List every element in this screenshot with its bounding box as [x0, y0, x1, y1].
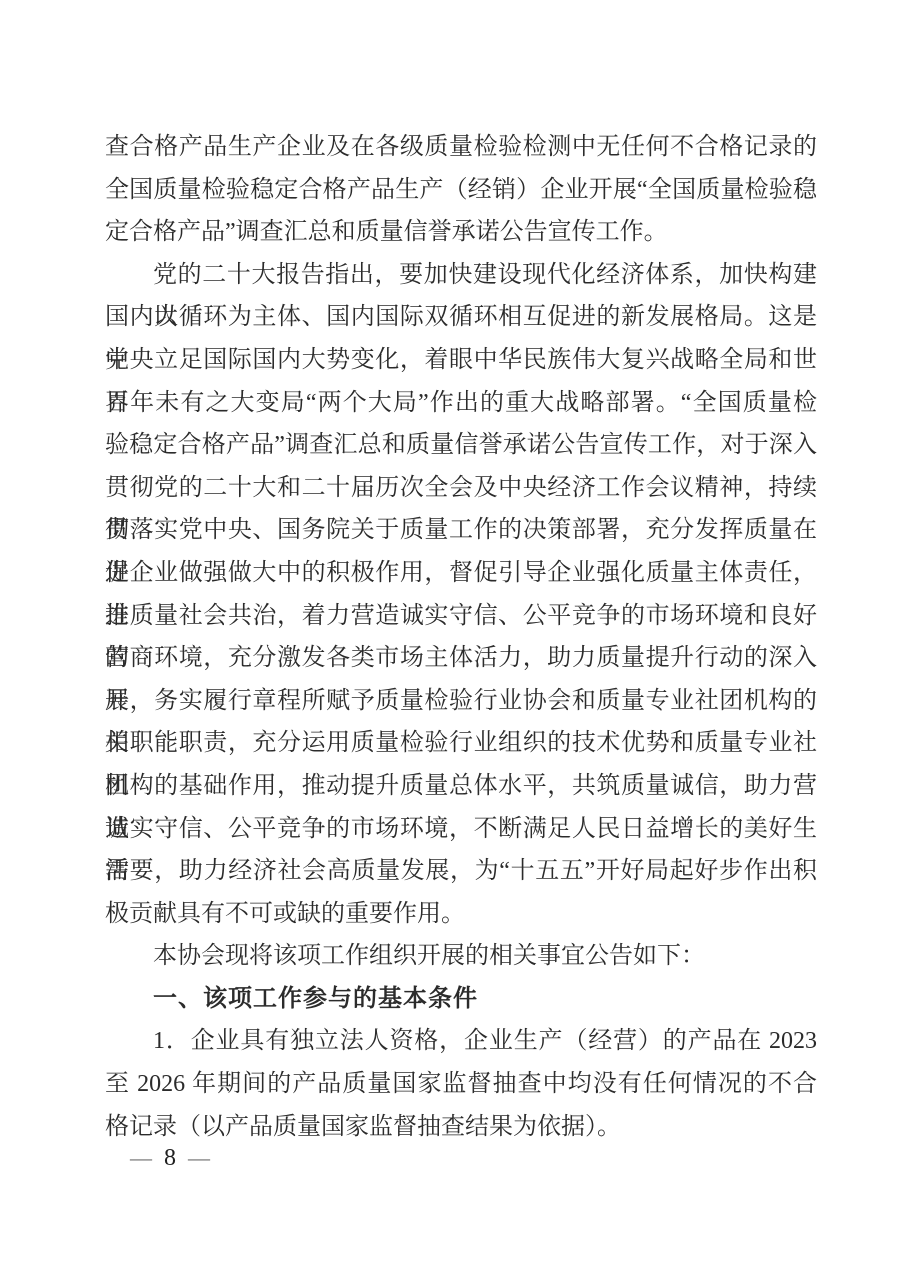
- text-line: 贯彻党的二十大和二十届历次全会及中央经济工作会议精神，持续贯: [105, 467, 817, 510]
- text-line: 验稳定合格产品”调查汇总和质量信誉承诺公告宣传工作，对于深入: [105, 424, 817, 467]
- page-number: —8—: [130, 1138, 210, 1178]
- text-line: 党的二十大报告指出，要加快建设现代化经济体系，加快构建以: [105, 254, 817, 297]
- text-line: 彻落实党中央、国务院关于质量工作的决策部署，充分发挥质量在促: [105, 509, 817, 552]
- document-body: 查合格产品生产企业及在各级质量检验检测中无任何不合格记录的全国质量检验稳定合格产…: [105, 126, 817, 1148]
- page-number-value: 8: [164, 1145, 176, 1171]
- text-line: 格记录（以产品质量国家监督抽查结果为依据）。: [105, 1106, 817, 1149]
- page-number-dash-right: —: [188, 1145, 210, 1170]
- text-line: 国内大循环为主体、国内国际双循环相互促进的新发展格局。这是党: [105, 296, 817, 339]
- text-line: 营商环境，充分激发各类市场主体活力，助力质量提升行动的深入开: [105, 637, 817, 680]
- text-line: 需要，助力经济社会高质量发展，为“十五五”开好局起好步作出积: [105, 850, 817, 893]
- text-line: 关职能职责，充分运用质量检验行业组织的技术优势和质量专业社团: [105, 722, 817, 765]
- text-line: 进企业做强做大中的积极作用，督促引导企业强化质量主体责任，推: [105, 552, 817, 595]
- text-line: 1．企业具有独立法人资格，企业生产（经营）的产品在 2023: [105, 1020, 817, 1063]
- text-line: 本协会现将该项工作组织开展的相关事宜公告如下：: [105, 935, 817, 978]
- document-page: 查合格产品生产企业及在各级质量检验检测中无任何不合格记录的全国质量检验稳定合格产…: [0, 0, 900, 1273]
- text-line: 中央立足国际国内大势变化，着眼中华民族伟大复兴战略全局和世界: [105, 339, 817, 382]
- text-line: 进质量社会共治，着力营造诚实守信、公平竞争的市场环境和良好的: [105, 595, 817, 638]
- text-line: 诚实守信、公平竞争的市场环境，不断满足人民日益增长的美好生活: [105, 808, 817, 851]
- text-line: 全国质量检验稳定合格产品生产（经销）企业开展“全国质量检验稳: [105, 169, 817, 212]
- text-line: 查合格产品生产企业及在各级质量检验检测中无任何不合格记录的: [105, 126, 817, 169]
- text-line: 百年未有之大变局“两个大局”作出的重大战略部署。“全国质量检: [105, 382, 817, 425]
- text-line: 极贡献具有不可或缺的重要作用。: [105, 893, 817, 936]
- text-line: 至 2026 年期间的产品质量国家监督抽查中均没有任何情况的不合: [105, 1063, 817, 1106]
- text-line: 一、该项工作参与的基本条件: [105, 978, 817, 1021]
- text-line: 机构的基础作用，推动提升质量总体水平，共筑质量诚信，助力营造: [105, 765, 817, 808]
- text-line: 定合格产品”调查汇总和质量信誉承诺公告宣传工作。: [105, 211, 817, 254]
- text-line: 展，务实履行章程所赋予质量检验行业协会和质量专业社团机构的相: [105, 680, 817, 723]
- page-number-dash-left: —: [130, 1145, 152, 1170]
